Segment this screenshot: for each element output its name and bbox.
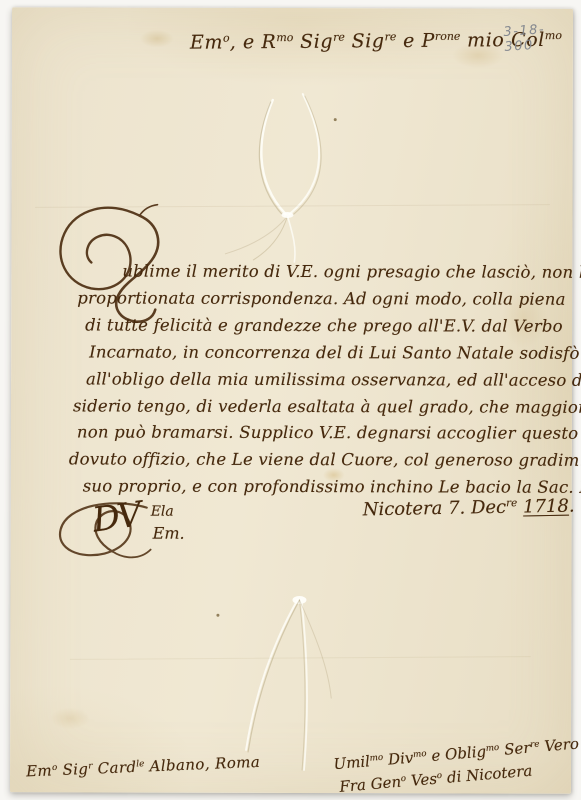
signature-text: e Oblig: [426, 742, 487, 765]
manuscript-line: non può bramarsi. Supplico V.E. degnarsi…: [77, 420, 581, 448]
paper-stain: [50, 707, 90, 729]
address-text: Card: [92, 758, 137, 778]
ink-speck: [334, 118, 337, 121]
paper-stain: [140, 30, 174, 48]
signature-text: Div: [383, 749, 414, 769]
manuscript-line: dovuto offizio, che Le viene dal Cuore, …: [69, 447, 581, 475]
salutation-text: Sig: [293, 31, 333, 53]
address-text: Sig: [57, 760, 89, 779]
salutation-superscript: mo: [276, 31, 293, 44]
subscription-block: DV Ela Em.: [71, 501, 231, 561]
letter-body: ublime il merito di V.E. ogni presagio c…: [68, 258, 581, 502]
dateline-text: .: [569, 496, 575, 517]
signature-text: Umil: [333, 752, 371, 773]
salutation-superscript: re: [333, 31, 345, 44]
dateline-year: 1718: [523, 496, 569, 518]
dateline: Nicotera 7. Decre 1718.: [363, 496, 575, 521]
salutation-superscript: re: [385, 30, 397, 43]
dateline-text: Nicotera 7. Dec: [363, 497, 507, 521]
salutation-text: Em: [190, 31, 223, 53]
signature-text: Ser: [499, 739, 532, 760]
salutation-text: Sig: [345, 30, 385, 52]
manuscript-line: proportionata corrispondenza. Ad ogni mo…: [77, 285, 581, 313]
signature-text: di Nicotera: [441, 762, 533, 788]
dateline-superscript: re: [506, 497, 517, 509]
ink-speck: [216, 614, 219, 617]
manuscript-line: ublime il merito di V.E. ogni presagio c…: [122, 259, 581, 287]
signature-text: Vero: [539, 734, 580, 755]
manuscript-line: siderio tengo, di vederla esaltata à que…: [73, 393, 581, 421]
address-text: Albano, Roma: [144, 753, 261, 776]
salutation-text: e P: [396, 30, 435, 52]
signature-superscript: mo: [369, 753, 383, 764]
address-line: Emo Sigr Cardle Albano, Roma: [26, 753, 261, 781]
subscription-superscript: Ela: [151, 504, 174, 520]
manuscript-line: di tutte felicità e grandezze che prego …: [85, 312, 581, 340]
manuscript-line: Incarnato, in concorrenza del di Lui San…: [89, 339, 581, 367]
paper-sheet: Emo, e Rmo Sigre Sigre e Prone mio Colmo…: [10, 7, 573, 793]
subscription-monogram: DV: [90, 495, 142, 541]
signature-text: Fra Gen: [339, 773, 402, 796]
address-text: Em: [26, 761, 53, 780]
scanned-letter: Emo, e Rmo Sigre Sigre e Prone mio Colmo…: [0, 0, 581, 800]
subscription-line2: Em.: [153, 524, 185, 543]
manuscript-line: all'obligo della mia umilissima osservan…: [86, 366, 581, 394]
salutation-superscript: rone: [435, 30, 461, 43]
salutation-text: , e R: [230, 31, 277, 53]
signature-text: Ves: [406, 770, 438, 791]
archival-number: 3-18-300: [503, 20, 574, 55]
signature-block: Umilmo Divmo e Obligmo Serre Vero Fra Ge…: [333, 731, 581, 798]
